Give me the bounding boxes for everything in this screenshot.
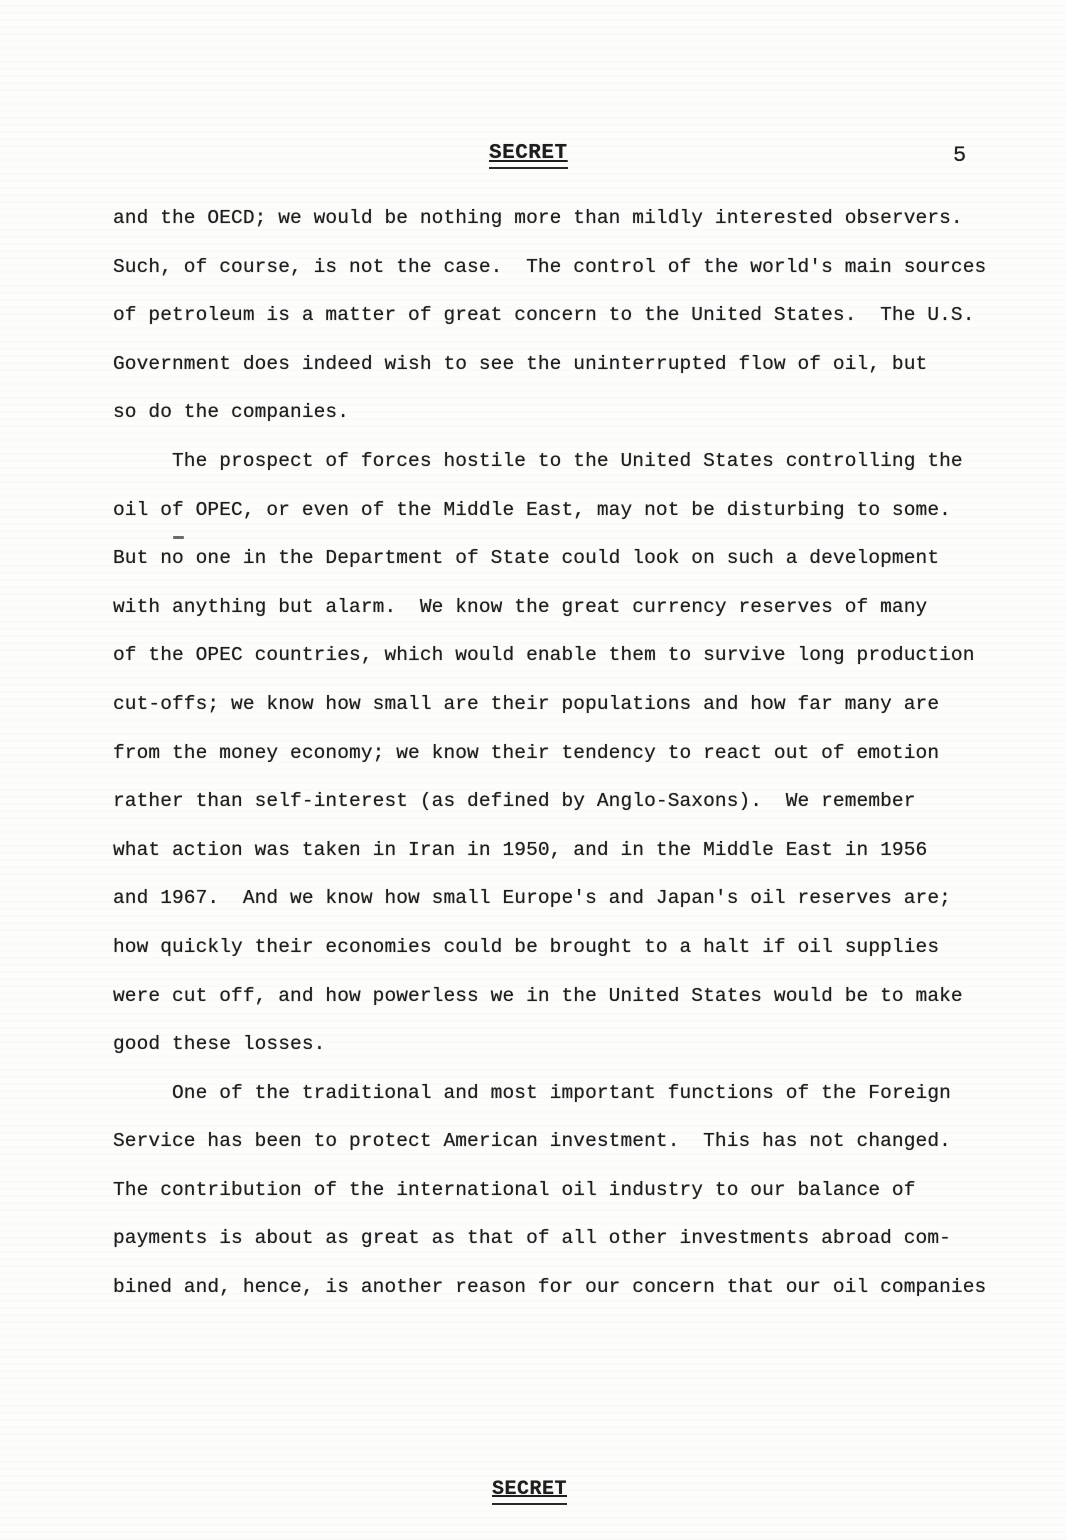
text-line: cut-offs; we know how small are their po… (113, 680, 1018, 729)
document-page: SECRET 5 and the OECD; we would be nothi… (0, 0, 1067, 1540)
text-line: The contribution of the international oi… (113, 1166, 1018, 1215)
text-line: Service has been to protect American inv… (113, 1117, 1018, 1166)
text-line: with anything but alarm. We know the gre… (113, 583, 1018, 632)
text-line: and the OECD; we would be nothing more t… (113, 194, 1018, 243)
text-line: of petroleum is a matter of great concer… (113, 291, 1018, 340)
document-body: and the OECD; we would be nothing more t… (113, 194, 1018, 1312)
text-line: oil of OPEC, or even of the Middle East,… (113, 486, 1018, 535)
text-line: Such, of course, is not the case. The co… (113, 243, 1018, 292)
text-line: payments is about as great as that of al… (113, 1214, 1018, 1263)
text-line: good these losses. (113, 1020, 1018, 1069)
text-line: were cut off, and how powerless we in th… (113, 972, 1018, 1021)
paragraph: One of the traditional and most importan… (113, 1069, 1018, 1312)
text-line: and 1967. And we know how small Europe's… (113, 874, 1018, 923)
page-number: 5 (953, 143, 966, 168)
scan-artifact-mark (173, 536, 184, 539)
text-line: Government does indeed wish to see the u… (113, 340, 1018, 389)
text-line: of the OPEC countries, which would enabl… (113, 631, 1018, 680)
text-line: bined and, hence, is another reason for … (113, 1263, 1018, 1312)
text-line: from the money economy; we know their te… (113, 729, 1018, 778)
text-line: what action was taken in Iran in 1950, a… (113, 826, 1018, 875)
text-line: The prospect of forces hostile to the Un… (113, 437, 1018, 486)
paragraph: and the OECD; we would be nothing more t… (113, 194, 1018, 437)
text-line: But no one in the Department of State co… (113, 534, 1018, 583)
text-line: so do the companies. (113, 388, 1018, 437)
classification-header: SECRET (489, 142, 568, 169)
text-line: how quickly their economies could be bro… (113, 923, 1018, 972)
text-line: One of the traditional and most importan… (113, 1069, 1018, 1118)
classification-footer: SECRET (492, 1478, 567, 1505)
text-line: rather than self-interest (as defined by… (113, 777, 1018, 826)
paragraph: The prospect of forces hostile to the Un… (113, 437, 1018, 1069)
